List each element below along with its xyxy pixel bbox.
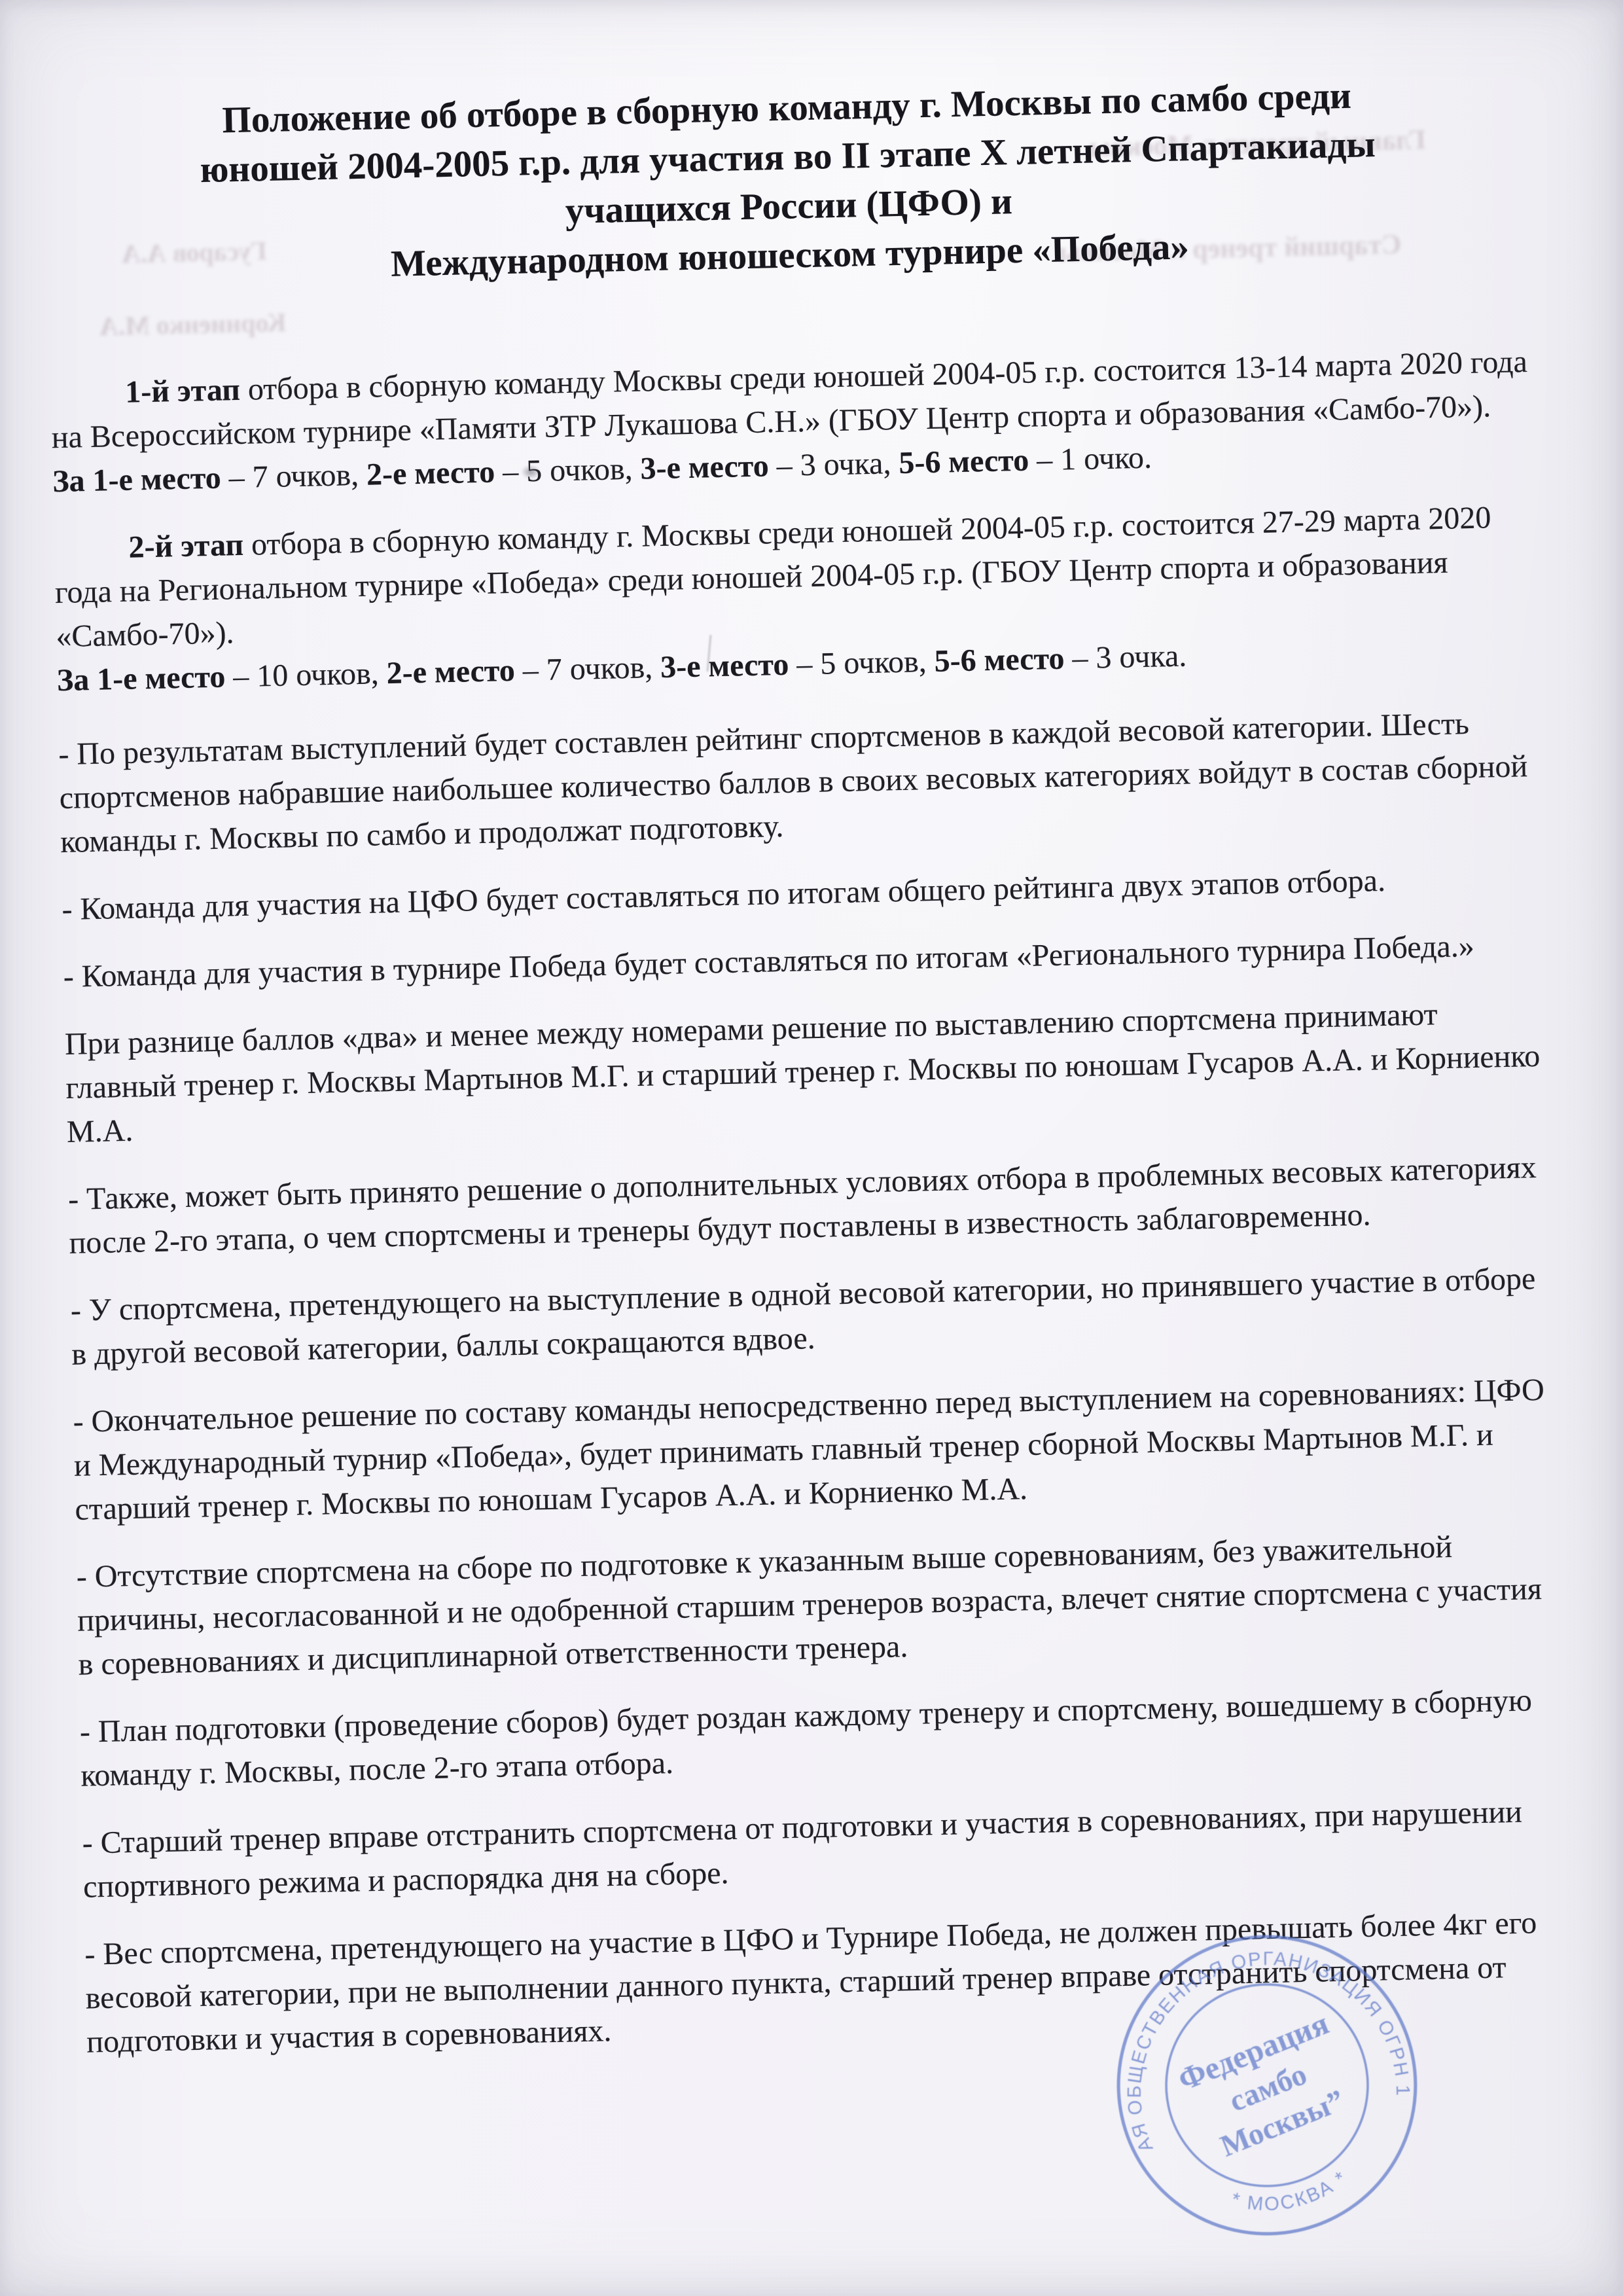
scan-smudge (521, 465, 541, 479)
score-term: 3-е место (660, 647, 789, 685)
stage2-lead: 2-й этап (128, 528, 244, 565)
bullet-cfo-team: - Команда для участия на ЦФО будет соста… (62, 855, 1546, 931)
stage1-paragraph: 1-й этап отбора в сборную команду Москвы… (50, 340, 1537, 503)
stage1-lead: 1-й этап (125, 372, 241, 410)
paragraph-points-difference: При разнице баллов «два» и менее между н… (64, 990, 1551, 1154)
score-term: 2-е место (386, 653, 515, 691)
bullet-absence: - Отсутствие спортсмена на сборе по подг… (76, 1522, 1563, 1686)
bullet-training-plan: - План подготовки (проведение сборов) бу… (79, 1677, 1565, 1797)
score-value: – 1 очко. (1029, 440, 1152, 478)
stage2-paragraph: 2-й этап отбора в сборную команду г. Мос… (54, 495, 1541, 702)
score-value: – 5 очков, (789, 644, 935, 682)
document-body: Положение об отборе в сборную команду г.… (45, 67, 1571, 2064)
bullet-weight-category-points: - У спортсмена, претендующего на выступл… (70, 1256, 1556, 1376)
bullet-additional-conditions: - Также, может быть принято решение о до… (67, 1145, 1553, 1265)
bullet-final-decision: - Окончательное решение по составу коман… (73, 1367, 1560, 1531)
scanned-document-page: Главный тренер г. Москвы Гусаров А.А Ста… (0, 0, 1623, 2296)
score-term: За 1-е место (56, 660, 226, 698)
bullet-senior-coach-rights: - Старший тренер вправе отстранить спорт… (82, 1789, 1567, 1909)
score-value: – 7 очков, (221, 457, 367, 495)
score-value: – 3 очка. (1064, 638, 1187, 675)
stage2-text: отбора в сборную команду г. Москвы среди… (54, 500, 1491, 654)
score-term: За 1-е место (52, 461, 222, 499)
bullet-pobeda-team: - Команда для участия в турнире Победа б… (63, 923, 1548, 999)
score-term: 3-е место (640, 448, 769, 486)
document-title: Положение об отборе в сборную команду г.… (45, 67, 1533, 296)
score-value: – 5 очков, (495, 452, 641, 490)
bullet-rating: - По результатам выступлений будет соста… (58, 700, 1545, 864)
score-term: 5-6 место (934, 641, 1065, 679)
score-value: – 3 очка, (768, 446, 899, 483)
score-value: – 10 очков, (225, 656, 387, 694)
score-term: 5-6 место (899, 443, 1029, 480)
score-term: 2-е место (366, 454, 495, 492)
score-value: – 7 очков, (514, 650, 661, 688)
stamp-seal: РЕГИОНАЛЬНАЯ ОБЩЕСТВЕННАЯ ОРГАНИЗАЦИЯ ОГ… (1082, 1901, 1452, 2270)
